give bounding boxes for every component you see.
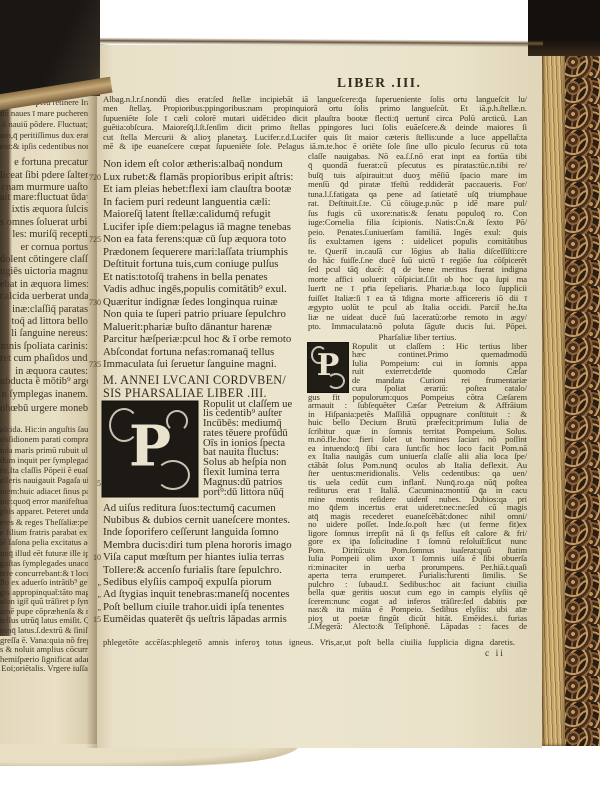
verse-line: Deſtituit fortuna tuis,cum coniuge pulſu… <box>103 258 301 271</box>
incipit-title: M. ANNEI LVCANI CORDVBEN/ SIS PHARSALIAE… <box>103 374 301 400</box>
text-line: tere concurrebant:& ī locum <box>0 568 88 578</box>
text-line: ixtis æquora ſulcis <box>0 204 88 216</box>
verse-line: Tollere:& accenſo furialis ſtare ſepulch… <box>103 564 301 576</box>
text-line: eres & reges Theſſaliæ:pelia <box>0 517 88 527</box>
text-line: ent:& ipſis cedentibus non <box>0 141 88 152</box>
verse-text: port⁹:dū littora nūq̄ <box>203 487 284 498</box>
top-right-board-shadow <box>528 0 600 56</box>
text-line: ret cum phaſidos undas <box>0 353 88 365</box>
text-line: mnis ſpoliata carinis: <box>0 341 88 353</box>
woodcut-initial-P-small: P <box>308 343 348 392</box>
marginal-line-number: 5 <box>86 479 101 489</box>
text-line: calcida uerberat unda. <box>0 291 88 303</box>
verse-line: Inde ſoporifero ceſſerunt languida ſomno <box>103 526 301 538</box>
verse-line: 720Lux rubet:& flamās propioribus eripit… <box>103 171 301 184</box>
text-line: nda maris primū rubuit ul <box>0 445 88 455</box>
marginal-line-number: 15 <box>86 614 101 626</box>
text-line: iē Iaſona pelia excitatus adeo <box>0 537 88 547</box>
verse-line: „Sedibus elyſiis campoq̄ expulſa piorum <box>103 576 301 588</box>
signature-mark: c ii <box>485 649 505 659</box>
spine-edge <box>0 96 12 636</box>
verse-line: Abſcondat fortuna nefas:romanaq̄ tellus <box>103 346 301 359</box>
marginal-line-number: 10 <box>86 552 101 564</box>
verse-line: Lucifer ipſe diem:pelagus iā magne teneb… <box>103 221 301 234</box>
verse-lines-beside-initial: Ropulit ut claſſem ue lis cedentib⁹ auſt… <box>103 400 301 498</box>
text-line: les: muriſq̄ recepti <box>0 229 88 241</box>
text-line: ntem:huic adiacet ſinus pa <box>0 486 88 496</box>
text-line: obſidionem parati compra <box>0 434 88 444</box>
text-line: li ſanguine nereus: <box>0 328 88 340</box>
verse-text: Eumēidas quaterēt q̄s ueſtris lāpadas ar… <box>103 613 287 625</box>
text-line: Eoi;oriētalis. Vrgere iuſſa <box>0 664 88 674</box>
left-page-verse-fragments-3: ubducta ē mōtib⁹ argon ſymplegas inanem.… <box>0 375 88 415</box>
text-line: phis apparet. Peteret unda <box>0 506 88 516</box>
verse-line: 735Immaculata ſui ſeruetur ſanguine magn… <box>103 358 301 371</box>
verse-line: 730Quæritur indignæ ſedes longinqua ruin… <box>103 296 301 309</box>
verse-text: Poſt bellum ciuile trahor.uidi ipſa tene… <box>103 601 284 613</box>
verse-line: Maioreſq̄ latent ſtellæ:calidumq̄ refugi… <box>103 208 301 221</box>
running-title: LIBER .III. <box>337 75 421 91</box>
commentary-block-b: P Ropulit ut claſſem : Hic tertius liber… <box>308 342 527 631</box>
verse-text: Immaculata ſui ſeruetur ſanguine magni. <box>103 358 277 370</box>
text-line: om,q̄ peritiſſimus dux erat <box>0 130 88 141</box>
text-line: liceat ſibi pdere ſaltem <box>0 170 88 183</box>
text-line: er cornua portus <box>0 242 88 254</box>
text-line: pto. Immaculata:nō poluta ſāguīe ducis ſ… <box>308 322 527 331</box>
verse-text: Vadis adhuc ingēs,populis comitātib⁹ exu… <box>103 283 287 295</box>
verse-text: Lux rubet:& flamās propioribus eripit aſ… <box>103 171 293 183</box>
verse-text: In faciem puri redeunt languentia cæli: <box>103 196 271 208</box>
verse-text: Non quia te ſuperi patrio priuare ſepulc… <box>103 308 286 320</box>
verse-line: 725Non ea fata ferens:quæ cū ſup æquora … <box>103 233 301 246</box>
verse-line: Ad uiſus reditura ſuos:tectumq̄ cacumen <box>103 502 301 514</box>
verse-text: Ad ſtygias inquit tenebras:maneſq̄ nocen… <box>103 588 290 600</box>
verse-line: Et natis:totoſq̄ trahens in bella penate… <box>103 271 301 284</box>
verse-line: „Ad ſtygias inquit tenebras:maneſq̄ noce… <box>103 588 301 600</box>
text-line: ohœbū urgere monebat <box>0 402 88 415</box>
text-line: dum inquit per ſymplegade <box>0 455 88 465</box>
verse-line: 15Eumēidas quaterēt q̄s ueſtris lāpadas … <box>103 613 301 625</box>
verse-text: Tollere:& accenſo furialis ſtare ſepulch… <box>103 564 282 576</box>
verse-text: Quæritur indignæ ſedes longinqua ruinæ <box>103 296 278 308</box>
text-line: dolent cōtingere claſſes, <box>0 254 88 266</box>
verse-line: Vadis adhuc ingēs,populis comitātib⁹ exu… <box>103 283 301 296</box>
marginal-line-number: 720 <box>86 172 101 185</box>
initial-letter: P <box>317 348 340 383</box>
verse-text: Lucifer ipſe diem:pelagus iā magne teneb… <box>103 221 291 233</box>
verse-line: Parcitur hæſperiæ:pcul hoc & ī orbe remo… <box>103 333 301 346</box>
verse-text: Nubibus & dubios cernit uaneſcere montes… <box>103 514 290 526</box>
verse-text: Et natis:totoſq̄ trahens in bella penate… <box>103 271 268 283</box>
text-line: nte:quoq̄ error manifeſtua <box>0 496 88 506</box>
verse-lines-book3: Ad uiſus reditura ſuos:tectumq̄ cacumen … <box>103 502 301 626</box>
text-line: rit.Ita claſſis Pōpeii ē euaſa <box>0 465 88 475</box>
book-photo: ex Italia diſcederet ſed ipſeuetas Pompe… <box>0 0 600 800</box>
text-line: n ſymplegas inanem. <box>0 388 88 401</box>
commentary-intro-block: Albag.n.l.r.ſ.nondū dies erat:ſed ſtellæ… <box>103 95 527 152</box>
text-line: elleris nauigauit Pagaſa ui <box>0 475 88 485</box>
fore-edge <box>542 48 565 746</box>
text-line: toq̄ ad littora bello <box>0 316 88 328</box>
verse-text: Parcitur hæſperiæ:pcul hoc & ī orbe remo… <box>103 333 291 345</box>
verse-text: Membra ducis:diri tum plena hororis imag… <box>103 539 292 551</box>
right-page: LIBER .III. Albag.n.l.r.ſ.nondū dies era… <box>97 45 542 748</box>
left-page-verse-fragments-2: ait mare:fluctuat ūdaʒixtis æquora ſulci… <box>0 192 88 378</box>
verse-text: Deſtituit fortuna tuis,cum coniuge pulſu… <box>103 258 278 270</box>
verse-line: In faciem puri redeunt languentia cæli: <box>103 196 301 209</box>
marginal-line-number: 725 <box>86 234 101 247</box>
verse-line: Non quia te ſuperi patrio priuare ſepulc… <box>103 308 301 321</box>
verse-line: port⁹:dū littora nūq̄ <box>103 488 301 498</box>
text-line: e fortuna precatur <box>0 157 88 170</box>
verse-text: Inde ſoporifero ceſſerunt languida ſomno <box>103 526 279 538</box>
verse-line: Et iam pleias hebet:flexi iam clauſtra b… <box>103 183 301 196</box>
text-line: s omnes ſoluerat urbis <box>0 217 88 229</box>
verse-line: Nubibus & dubios cernit uaneſcere montes… <box>103 514 301 526</box>
left-page-verse-fragments-1: e fortuna precaturliceat ſibi pdere ſalt… <box>0 157 88 195</box>
verse-line: Maluerit:phariæ buſto dānantur harenæ <box>103 321 301 334</box>
text-line: e filium fratris parabat expo <box>0 527 88 537</box>
bottom-spanning-line: phlegetōte accēſas:phlegetō amnis infero… <box>103 637 515 647</box>
verse-lines-book2: Non idem eſt color ætheris:albaq̄ nondum… <box>103 158 301 371</box>
marginal-line-number: „ <box>86 602 101 614</box>
commentary-column: claſſe nauigabas. Nō ea.ſ.ſ.nō erat inpt… <box>308 152 527 631</box>
text-line: .ſ.Megerā: Alecto:& Teſiphonē. Lāpadas :… <box>308 622 527 631</box>
text-line: guſtas ſymplegades unaco <box>0 558 88 568</box>
verse-text: Maioreſq̄ latent ſtellæ:calidumq̄ refugi… <box>103 208 271 220</box>
marginal-line-number: 730 <box>86 297 101 310</box>
marginal-line-number: 735 <box>86 359 101 372</box>
text-line: unq̄ illud eēt futuræ ille ipn <box>0 548 88 558</box>
text-line: ugiēs uictoria magnus, <box>0 266 88 278</box>
verse-text: Non ea fata ferens:quæ cū ſup æquora tot… <box>103 233 286 245</box>
marginal-line-number: „ <box>86 589 101 601</box>
verse-text: Non idem eſt color ætheris:albaq̄ nondum <box>103 158 283 170</box>
verse-text: Viſa caput mœſtum per hiantes iulia terr… <box>103 551 284 563</box>
verse-line: 10Viſa caput mœſtum per hiantes iulia te… <box>103 551 301 563</box>
verse-text: Et iam pleias hebet:flexi iam clauſtra b… <box>103 183 291 195</box>
book3-opening: P Ropulit ut claſſem ue lis cedentib⁹ au… <box>103 400 301 498</box>
text-line: inæ:claſſiq̄ paratas <box>0 304 88 316</box>
verse-line: Membra ducis:diri tum plena hororis imag… <box>103 539 301 551</box>
verse-text: Sedibus elyſiis campoq̄ expulſa piorum <box>103 576 272 588</box>
incipit-text: M. ANNEI LVCANI CORDVBEN/ <box>103 373 286 387</box>
verse-line: „Poſt bellum ciuile trahor.uidi ipſa ten… <box>103 601 301 613</box>
marginal-line-number: „ <box>86 577 101 589</box>
incipit-text: SIS PHARSALIAE LIBER .III. <box>103 386 267 400</box>
verse-line: Prædonem ſequerere mari:laſſata triumphi… <box>103 246 301 259</box>
verse-text: Abſcondat fortuna nefas:romanaq̄ tellus <box>103 346 274 358</box>
text-line: ebat in æquora limes: <box>0 279 88 291</box>
photo-background: { "palette":{"background":"#ffffff","pag… <box>0 0 600 800</box>
verse-text: Prædonem ſequerere mari:laſſata triumphi… <box>103 246 288 258</box>
left-page: ex Italia diſcederet ſed ipſeuetas Pompe… <box>0 44 100 750</box>
commentary-block-a: claſſe nauigabas. Nō ea.ſ.ſ.nō erat inpt… <box>308 152 527 332</box>
text-line: dū naues ī mare pucheren <box>0 108 88 119</box>
verse-text: Maluerit:phariæ buſto dānantur harenæ <box>103 321 272 333</box>
text-line: ubducta ē mōtib⁹ argo <box>0 375 88 388</box>
text-line: alcida. Hic:in anguſtis ſau <box>0 424 88 434</box>
left-page-commentary-fragments-mid: alcida. Hic:in anguſtis ſauobſidionem pa… <box>0 424 88 578</box>
text-line: ū nauiū pōdere. Fluctuat; <box>0 119 88 130</box>
marbled-board <box>565 52 600 746</box>
verse-line: Non idem eſt color ætheris:albaq̄ nondum <box>103 158 301 171</box>
verse-text: Ad uiſus reditura ſuos:tectumq̄ cacumen <box>103 502 276 514</box>
left-page-commentary-fragments-bottom: llo ex aduerſo intrātib⁹ gemgis appropin… <box>0 578 88 674</box>
text-line: ait mare:fluctuat ūdaʒ <box>0 192 88 204</box>
verse-column: Non idem eſt color ætheris:albaq̄ nondum… <box>103 158 301 626</box>
